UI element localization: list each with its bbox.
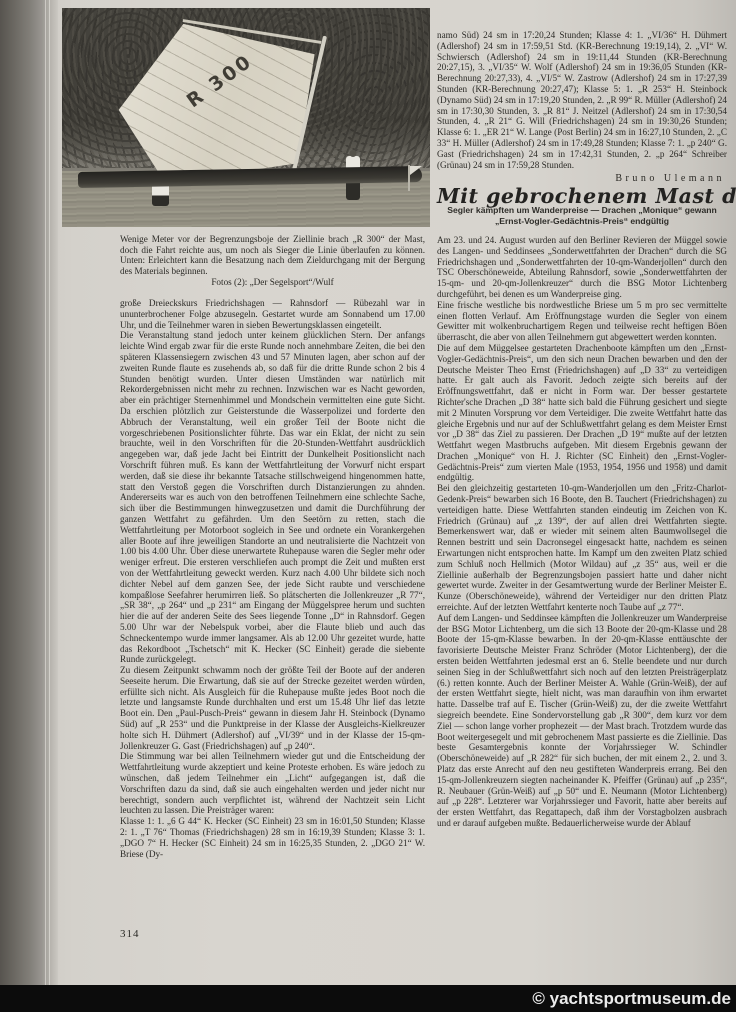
body-paragraph: Die Stimmung war bei allen Teilnehmern w… xyxy=(120,751,425,816)
body-paragraph: große Dreieckskurs Friedrichshagen — Rah… xyxy=(120,298,425,330)
body-paragraph: Die Veranstaltung stand jedoch unter kei… xyxy=(120,330,425,665)
body-paragraph: Die auf dem Müggelsee gestarteten Drache… xyxy=(437,343,727,483)
watermark-text: © yachtsportmuseum.de xyxy=(532,989,731,1009)
body-paragraph: Auf dem Langen- und Seddinsee kämpften d… xyxy=(437,613,727,829)
regatta-photo: R 300 xyxy=(62,8,430,227)
results-continuation: namo Süd) 24 sm in 17:20,24 Stunden; Kla… xyxy=(437,30,727,170)
book-gutter-shadow xyxy=(0,0,58,1012)
body-paragraph: Eine frische westliche bis nordwestliche… xyxy=(437,300,727,343)
photo-caption: Wenige Meter vor der Begrenzungsboje der… xyxy=(120,234,425,276)
watermark-bar: © yachtsportmuseum.de xyxy=(0,985,736,1012)
right-column: namo Süd) 24 sm in 17:20,24 Stunden; Kla… xyxy=(437,30,727,829)
left-column: große Dreieckskurs Friedrichshagen — Rah… xyxy=(120,298,425,859)
body-paragraph: Am 23. und 24. August wurden auf den Ber… xyxy=(437,235,727,300)
article-subhead: Segler kämpften um Wanderpreise — Drache… xyxy=(447,205,717,228)
body-paragraph: Zu diesem Zeitpunkt schwamm noch der grö… xyxy=(120,665,425,751)
body-paragraph: Bei den gleichzeitig gestarteten 10-qm-W… xyxy=(437,483,727,613)
prize-list-paragraph: Klasse 1: 1. „6 G 44“ K. Hecker (SC Einh… xyxy=(120,816,425,859)
page-number: 314 xyxy=(120,928,140,940)
article-headline: Mit gebrochenem Mast durch die Ziellinie xyxy=(437,191,727,202)
stern-pennant xyxy=(410,166,422,175)
photo-credit: Fotos (2): „Der Segelsport“/Wulf xyxy=(120,277,425,287)
